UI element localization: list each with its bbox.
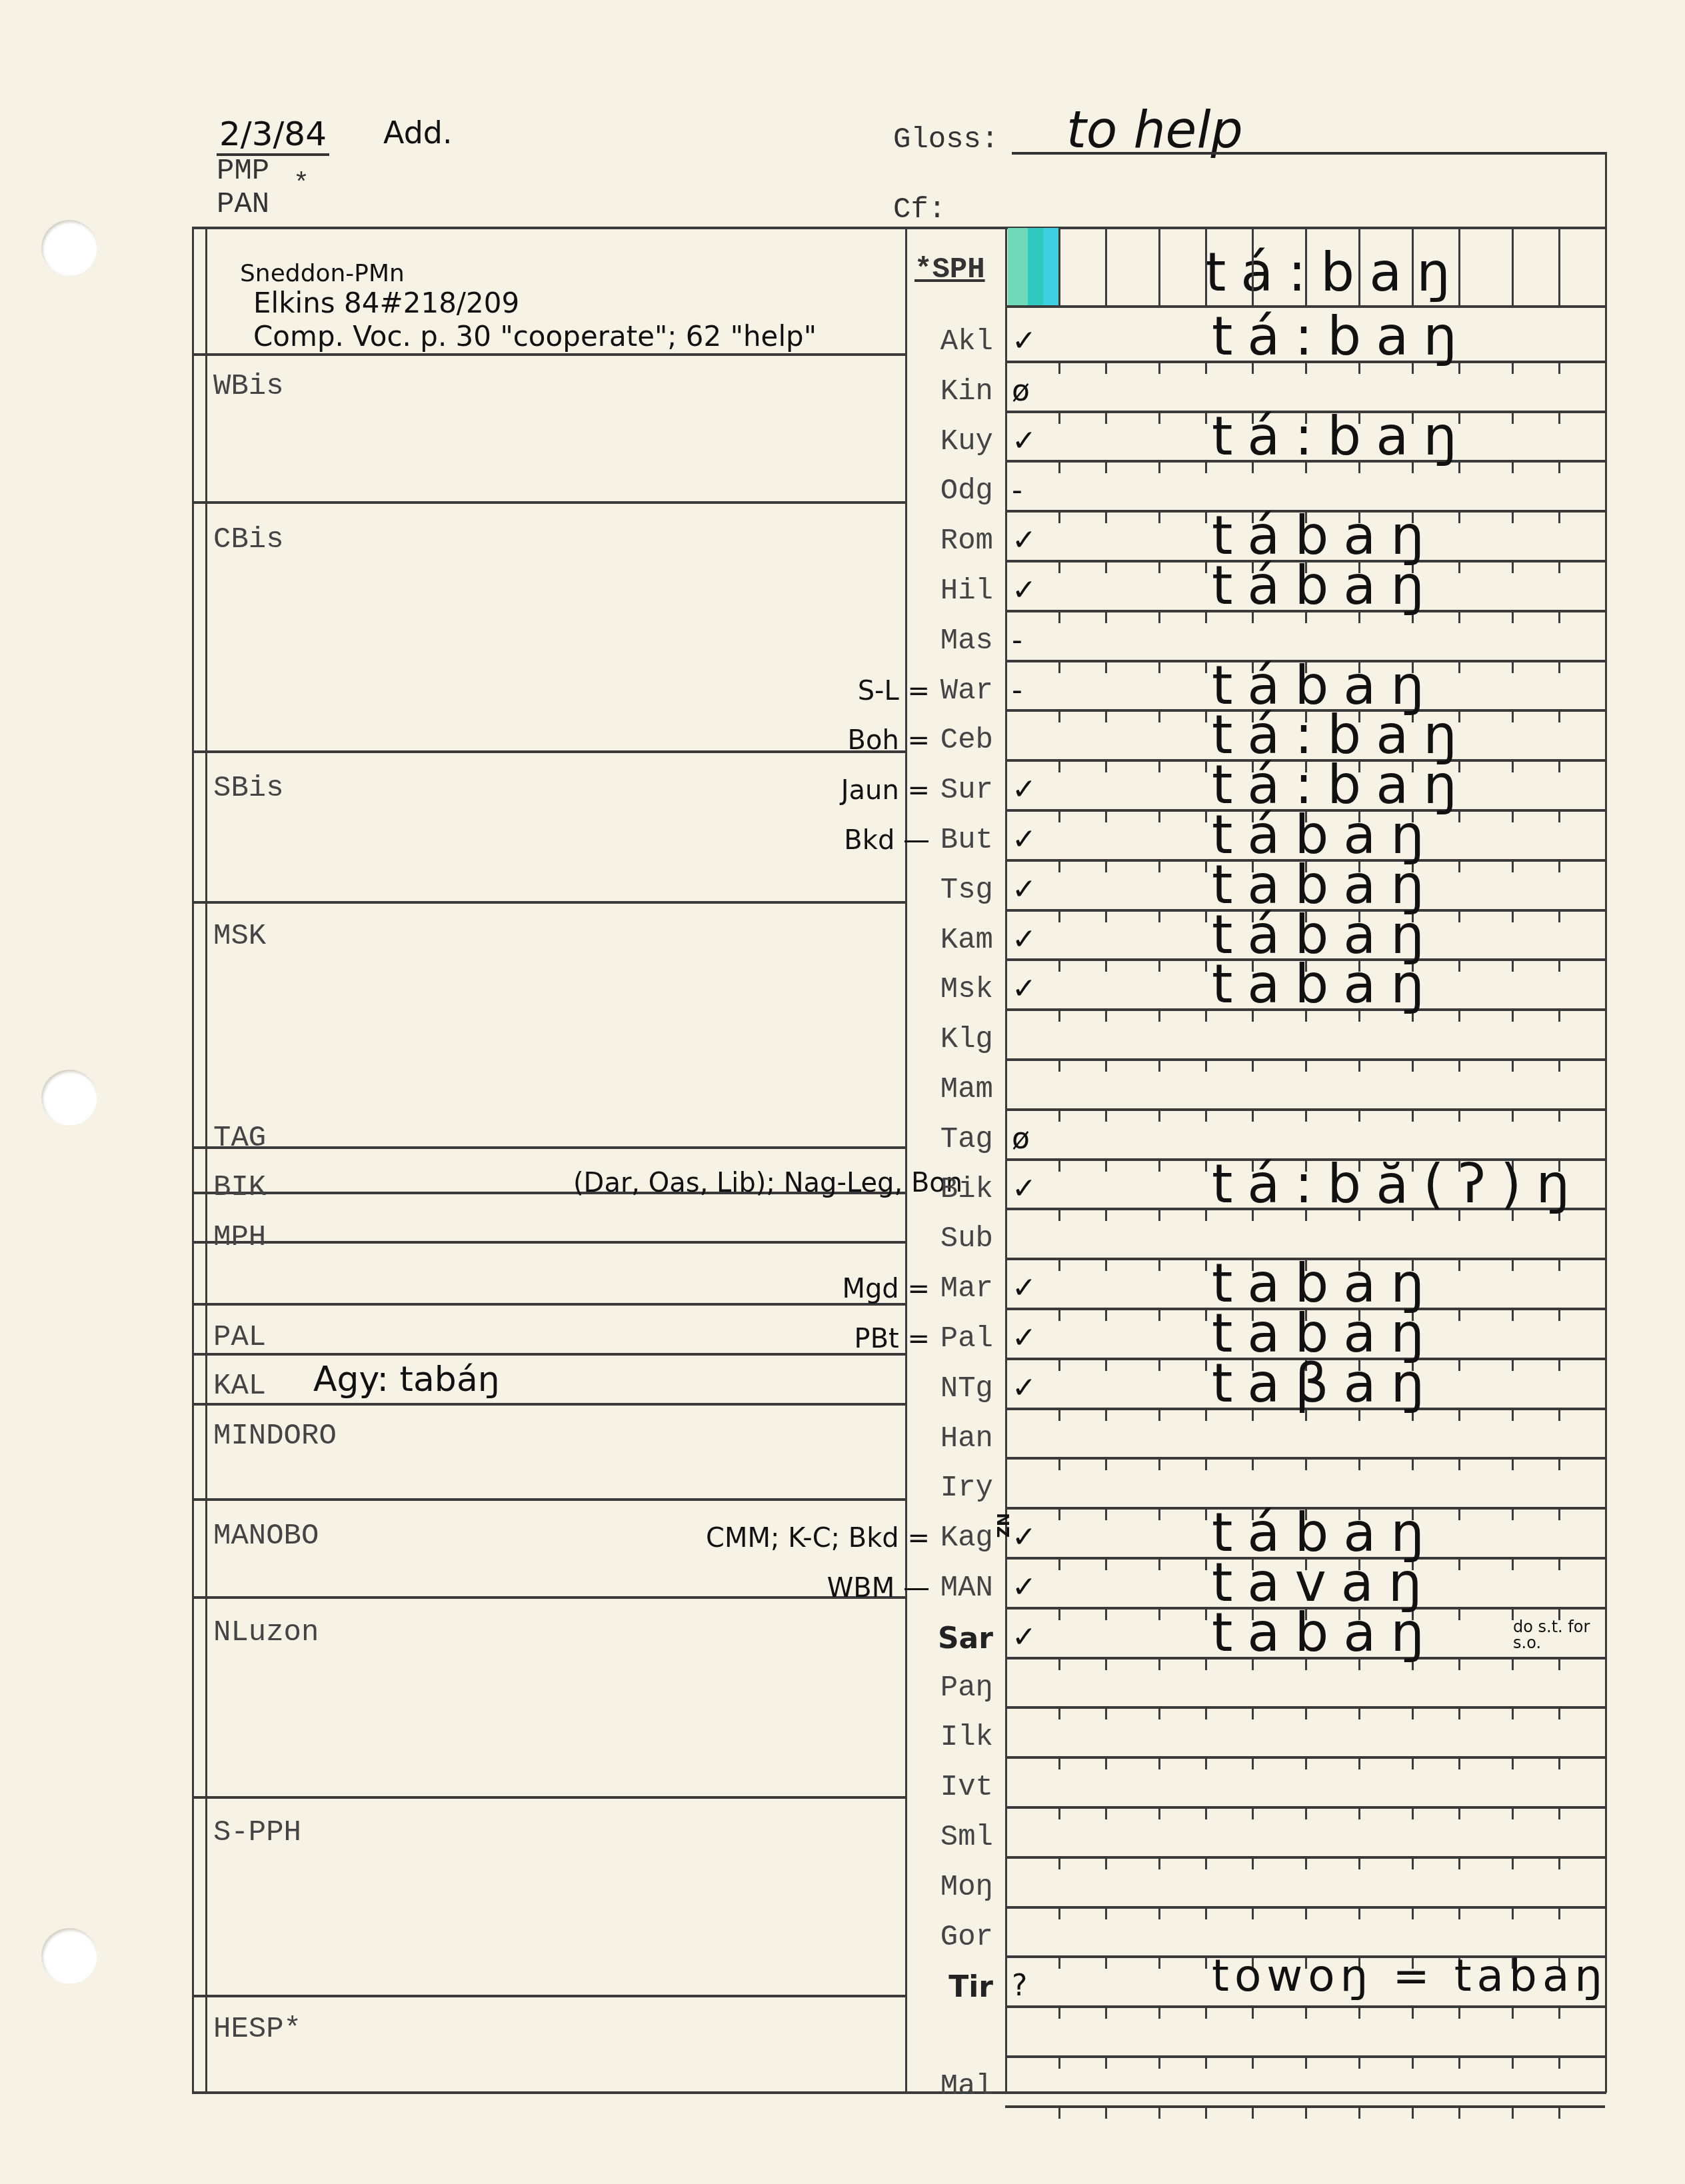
row-tick xyxy=(1205,661,1207,673)
row-tick xyxy=(1558,561,1560,573)
row-tick xyxy=(1158,960,1160,972)
language-code: Hil xyxy=(893,574,993,608)
row-tick xyxy=(1205,1508,1207,1520)
row-tick xyxy=(1252,1807,1254,1819)
row-tick xyxy=(1205,1359,1207,1371)
row-tick xyxy=(1558,2007,1560,2019)
row-tick xyxy=(1558,461,1560,473)
row-tick xyxy=(1458,661,1460,673)
row-tick xyxy=(1105,1409,1107,1421)
row-tick xyxy=(1058,710,1060,722)
region-label: MPH xyxy=(213,1221,266,1254)
row-tick xyxy=(1512,1757,1514,1769)
check-mark-icon: ✓ xyxy=(1012,972,1036,1006)
proto-cell-divider xyxy=(1512,228,1514,305)
language-code: NTg xyxy=(893,1372,993,1406)
row-tick xyxy=(1558,611,1560,623)
row-tick xyxy=(1158,1160,1160,1172)
row-tick xyxy=(1512,1707,1514,1719)
row-tick xyxy=(1558,1309,1560,1321)
proto-cell-divider xyxy=(1412,228,1414,305)
row-tick xyxy=(1058,1508,1060,1520)
proto-cell-divider xyxy=(1058,228,1060,305)
language-code: Mas xyxy=(893,624,993,658)
row-tick xyxy=(1458,1259,1460,1271)
region-divider xyxy=(192,1241,905,1244)
row-tick xyxy=(1558,1508,1560,1520)
row-tick xyxy=(1458,1359,1460,1371)
cross-reference: CMM; K-C; Bkd = xyxy=(706,1523,930,1554)
row-tick xyxy=(1058,1608,1060,1620)
row-tick xyxy=(1305,2107,1307,2119)
row-tick xyxy=(1105,1010,1107,1022)
row-tick xyxy=(1205,1807,1207,1819)
row-tick xyxy=(1105,1110,1107,1122)
row-tick xyxy=(1158,1209,1160,1221)
row-tick xyxy=(1105,760,1107,772)
row-tick xyxy=(1105,461,1107,473)
row-tick xyxy=(1305,1707,1307,1719)
language-code: Gor xyxy=(893,1921,993,1954)
language-superscript: NZ xyxy=(993,1513,1012,1538)
row-tick xyxy=(1205,412,1207,424)
check-mark-icon: ✓ xyxy=(1012,1520,1036,1554)
row-tick xyxy=(1512,1458,1514,1470)
row-tick xyxy=(1512,461,1514,473)
row-tick xyxy=(1058,1458,1060,1470)
row-tick xyxy=(1558,362,1560,374)
region-divider xyxy=(192,353,905,356)
row-tick xyxy=(1158,1359,1160,1371)
row-tick xyxy=(1512,362,1514,374)
date-note: Add. xyxy=(383,115,453,151)
reflex-form: tábaŋ xyxy=(1212,554,1439,616)
row-tick xyxy=(1458,1508,1460,1520)
check-mark-icon: ✓ xyxy=(1012,822,1036,856)
gloss-value[interactable]: to help xyxy=(1066,100,1243,159)
region-divider xyxy=(192,501,905,504)
row-tick xyxy=(1105,661,1107,673)
language-code: Bik xyxy=(893,1173,993,1206)
row-tick xyxy=(1058,860,1060,872)
check-mark-icon: ✓ xyxy=(1012,1172,1036,1206)
region-note: Agy: tabáŋ xyxy=(313,1360,500,1400)
row-tick xyxy=(1105,1707,1107,1719)
row-tick xyxy=(1512,1857,1514,1869)
row-tick xyxy=(1358,2107,1360,2119)
language-code: Kam xyxy=(893,924,993,957)
row-tick xyxy=(1558,960,1560,972)
row-tick xyxy=(1512,1010,1514,1022)
cross-reference: Mgd = xyxy=(842,1274,930,1304)
language-code: Sml xyxy=(893,1821,993,1854)
row-tick xyxy=(1558,1409,1560,1421)
row-tick xyxy=(1105,1957,1107,1969)
row-tick xyxy=(1205,1209,1207,1221)
row-tick xyxy=(1205,710,1207,722)
row-tick xyxy=(1252,2057,1254,2069)
row-tick xyxy=(1105,1608,1107,1620)
frame-left-inner xyxy=(205,227,207,2093)
frame-left-outer xyxy=(192,227,194,2093)
row-tick xyxy=(1412,2007,1414,2019)
row-tick xyxy=(1158,1807,1160,1819)
row-tick xyxy=(1412,1857,1414,1869)
row-tick xyxy=(1205,1259,1207,1271)
date: 2/3/84 xyxy=(217,115,329,156)
row-tick xyxy=(1158,760,1160,772)
row-tick xyxy=(1412,1757,1414,1769)
row-tick xyxy=(1305,1857,1307,1869)
check-mark-icon: ✓ xyxy=(1012,1570,1036,1604)
row-tick xyxy=(1158,910,1160,922)
region-label: KAL xyxy=(213,1370,266,1403)
language-code: Klg xyxy=(893,1023,993,1056)
row-tick xyxy=(1105,1259,1107,1271)
row-tick xyxy=(1512,1409,1514,1421)
row-tick xyxy=(1305,1757,1307,1769)
row-tick xyxy=(1458,2057,1460,2069)
reflex-form: tabaŋ xyxy=(1212,1602,1439,1663)
region-divider xyxy=(192,1796,905,1799)
row-tick xyxy=(1105,960,1107,972)
row-tick xyxy=(1412,1807,1414,1819)
cross-reference: Boh = xyxy=(848,725,930,756)
row-tick xyxy=(1158,810,1160,822)
language-code: Ilk xyxy=(893,1721,993,1754)
row-tick xyxy=(1412,1907,1414,1919)
language-code: Akl xyxy=(893,325,993,359)
row-tick xyxy=(1558,1907,1560,1919)
row-tick xyxy=(1158,710,1160,722)
row-tick xyxy=(1105,1907,1107,1919)
check-mark-icon: ✓ xyxy=(1012,772,1036,806)
row-tick xyxy=(1105,1060,1107,1072)
row-tick xyxy=(1058,1957,1060,1969)
row-tick xyxy=(1205,1558,1207,1570)
row-tick xyxy=(1058,1209,1060,1221)
row-tick xyxy=(1058,1857,1060,1869)
row-tick xyxy=(1158,2057,1160,2069)
proto-cell-divider xyxy=(1205,228,1207,305)
row-tick xyxy=(1558,910,1560,922)
row-tick xyxy=(1158,1608,1160,1620)
language-code: Odg xyxy=(893,475,993,508)
row-tick xyxy=(1252,1857,1254,1869)
row-tick xyxy=(1252,1907,1254,1919)
row-tick xyxy=(1358,2007,1360,2019)
check-mark-icon: ✓ xyxy=(1012,1620,1036,1654)
language-code: Tag xyxy=(893,1123,993,1156)
reflex-form: towoŋ = tabaŋ xyxy=(1212,1950,1608,2001)
row-tick xyxy=(1512,1907,1514,1919)
row-tick xyxy=(1512,860,1514,872)
highlighter-mark xyxy=(1008,228,1058,305)
row-tick xyxy=(1512,1807,1514,1819)
row-tick xyxy=(1205,1060,1207,1072)
check-mark-icon: ✓ xyxy=(1012,573,1036,607)
row-tick xyxy=(1558,710,1560,722)
language-code: Mam xyxy=(893,1073,993,1106)
row-tick xyxy=(1558,1757,1560,1769)
dash-mark-icon: - xyxy=(1012,623,1022,657)
region-label: WBis xyxy=(213,370,284,403)
check-mark-icon: ✓ xyxy=(1012,324,1036,358)
proto-label: *SPH xyxy=(914,253,985,287)
check-mark-icon: ✓ xyxy=(1012,1371,1036,1405)
row-tick xyxy=(1358,1707,1360,1719)
question-mark-icon: ? xyxy=(1012,1969,1027,2003)
row-tick xyxy=(1512,611,1514,623)
row-tick xyxy=(1412,1458,1414,1470)
row-tick xyxy=(1105,561,1107,573)
row-tick xyxy=(1158,1707,1160,1719)
row-tick xyxy=(1305,1110,1307,1122)
row-tick xyxy=(1305,2057,1307,2069)
row-tick xyxy=(1512,561,1514,573)
row-tick xyxy=(1512,710,1514,722)
row-tick xyxy=(1158,412,1160,424)
null-mark-icon: ø xyxy=(1012,374,1030,408)
row-tick xyxy=(1205,1707,1207,1719)
row-tick xyxy=(1205,1757,1207,1769)
row-tick xyxy=(1058,1259,1060,1271)
row-tick xyxy=(1252,2107,1254,2119)
row-tick xyxy=(1458,1608,1460,1620)
row-tick xyxy=(1058,1658,1060,1670)
row-tick xyxy=(1205,511,1207,523)
cross-reference: WBM — xyxy=(827,1573,930,1604)
region-divider xyxy=(192,1303,905,1306)
region-divider xyxy=(192,1146,905,1149)
proto-cell-divider xyxy=(1305,228,1307,305)
row-tick xyxy=(1205,1957,1207,1969)
row-tick xyxy=(1558,1110,1560,1122)
language-code: Paŋ xyxy=(893,1671,993,1705)
row-tick xyxy=(1458,2107,1460,2119)
language-code: Sub xyxy=(893,1222,993,1256)
row-tick xyxy=(1105,1508,1107,1520)
row-tick xyxy=(1105,1458,1107,1470)
cross-reference: S-L = xyxy=(858,676,930,706)
row-tick xyxy=(1512,1060,1514,1072)
row-tick xyxy=(1158,1558,1160,1570)
language-code: Iry xyxy=(893,1472,993,1505)
row-tick xyxy=(1358,1757,1360,1769)
row-tick xyxy=(1058,561,1060,573)
frame-right xyxy=(1605,152,1607,2093)
row-tick xyxy=(1558,2107,1560,2119)
row-tick xyxy=(1412,1110,1414,1122)
proto-form: tá:baŋ xyxy=(1205,241,1465,303)
check-mark-icon: ✓ xyxy=(1012,872,1036,906)
row-tick xyxy=(1512,910,1514,922)
row-tick xyxy=(1058,1110,1060,1122)
row-tick xyxy=(1458,1409,1460,1421)
row-tick xyxy=(1058,362,1060,374)
pan-label: PAN xyxy=(217,188,269,221)
region-label: SBis xyxy=(213,772,284,805)
row-tick xyxy=(1512,1259,1514,1271)
language-code: Tsg xyxy=(893,874,993,907)
row-tick xyxy=(1412,2107,1414,2119)
row-tick xyxy=(1058,1309,1060,1321)
row-tick xyxy=(1252,1707,1254,1719)
row-tick xyxy=(1252,1060,1254,1072)
row-tick xyxy=(1558,1259,1560,1271)
row-tick xyxy=(1158,362,1160,374)
row-tick xyxy=(1358,1907,1360,1919)
row-tick xyxy=(1058,1558,1060,1570)
region-label: TAG xyxy=(213,1122,266,1155)
row-tick xyxy=(1458,1757,1460,1769)
row-tick xyxy=(1158,611,1160,623)
row-tick xyxy=(1158,461,1160,473)
proto-cell-divider xyxy=(1105,228,1107,305)
row-tick xyxy=(1058,1757,1060,1769)
dash-mark-icon: - xyxy=(1012,673,1022,707)
row-tick xyxy=(1358,1807,1360,1819)
row-tick xyxy=(1205,2007,1207,2019)
row-tick xyxy=(1558,810,1560,822)
row-tick xyxy=(1205,611,1207,623)
row-tick xyxy=(1558,1807,1560,1819)
proto-cell-divider xyxy=(1358,228,1360,305)
row-tick xyxy=(1058,511,1060,523)
row-tick xyxy=(1158,1259,1160,1271)
row-tick xyxy=(1058,910,1060,922)
row-tick xyxy=(1058,810,1060,822)
row-tick xyxy=(1458,1110,1460,1122)
binder-hole-bottom xyxy=(41,1928,97,1984)
row-tick xyxy=(1058,2107,1060,2119)
check-mark-icon: ✓ xyxy=(1012,424,1036,458)
region-divider xyxy=(192,1596,905,1599)
language-code: Moŋ xyxy=(893,1871,993,1904)
row-tick xyxy=(1105,1757,1107,1769)
row-tick xyxy=(1158,661,1160,673)
row-tick xyxy=(1558,1359,1560,1371)
region-divider xyxy=(192,1403,905,1406)
proto-cell-divider xyxy=(1158,228,1160,305)
row-tick xyxy=(1058,1060,1060,1072)
region-divider xyxy=(192,750,905,753)
row-tick xyxy=(1058,412,1060,424)
row-tick xyxy=(1058,461,1060,473)
row-tick xyxy=(1205,2057,1207,2069)
row-tick xyxy=(1058,1160,1060,1172)
row-tick xyxy=(1158,1907,1160,1919)
row-tick xyxy=(1158,1458,1160,1470)
row-tick xyxy=(1058,960,1060,972)
reflex-note: do s.t. for s.o. xyxy=(1513,1619,1600,1651)
row-tick xyxy=(1158,1110,1160,1122)
row-tick xyxy=(1205,910,1207,922)
row-tick xyxy=(1252,1757,1254,1769)
region-divider xyxy=(192,1498,905,1501)
proto-cell-divider xyxy=(1558,228,1560,305)
row-tick xyxy=(1205,1409,1207,1421)
row-tick xyxy=(1358,1857,1360,1869)
row-tick xyxy=(1058,1807,1060,1819)
row-tick xyxy=(1205,561,1207,573)
row-tick xyxy=(1105,1558,1107,1570)
row-tick xyxy=(1558,860,1560,872)
row-tick xyxy=(1105,1807,1107,1819)
row-tick xyxy=(1458,1807,1460,1819)
row-tick xyxy=(1105,2107,1107,2119)
row-tick xyxy=(1512,1359,1514,1371)
check-mark-icon: ✓ xyxy=(1012,1271,1036,1305)
row-tick xyxy=(1558,1658,1560,1670)
row-tick xyxy=(1512,511,1514,523)
row-tick xyxy=(1458,1658,1460,1670)
row-tick xyxy=(1205,760,1207,772)
row-tick xyxy=(1205,810,1207,822)
proto-cell-divider xyxy=(1252,228,1254,305)
region-label: S-PPH xyxy=(213,1816,301,1849)
cross-reference: Jaun = xyxy=(841,775,930,806)
row-tick xyxy=(1358,1458,1360,1470)
row-tick xyxy=(1558,1060,1560,1072)
row-tick xyxy=(1205,1309,1207,1321)
row-tick xyxy=(1458,910,1460,922)
gloss-label: Gloss: xyxy=(893,123,998,157)
cross-reference: PBt = xyxy=(854,1324,930,1354)
binder-hole-top xyxy=(41,220,97,276)
row-tick xyxy=(1412,2057,1414,2069)
row-tick xyxy=(1558,1458,1560,1470)
language-code: Sar xyxy=(893,1622,993,1655)
row-tick xyxy=(1158,1060,1160,1072)
row-tick xyxy=(1205,1458,1207,1470)
row-tick xyxy=(1105,810,1107,822)
row-tick xyxy=(1105,910,1107,922)
note-comp-voc: Comp. Voc. p. 30 "cooperate"; 62 "help" xyxy=(253,320,817,353)
row-tick xyxy=(1158,1957,1160,1969)
row-tick xyxy=(1058,760,1060,772)
row-tick xyxy=(1458,2007,1460,2019)
proto-cell-divider xyxy=(1458,228,1460,305)
row-tick xyxy=(1458,860,1460,872)
row-tick xyxy=(1105,611,1107,623)
binder-hole-middle xyxy=(41,1070,97,1126)
region-label: CBis xyxy=(213,523,284,556)
row-tick xyxy=(1458,1010,1460,1022)
language-code: Kuy xyxy=(893,425,993,459)
row-tick xyxy=(1205,2107,1207,2119)
note-elkins: Elkins 84#218/209 xyxy=(253,287,519,319)
row-tick xyxy=(1512,1658,1514,1670)
row-tick xyxy=(1458,561,1460,573)
row-tick xyxy=(1458,1707,1460,1719)
row-tick xyxy=(1205,1658,1207,1670)
row-tick xyxy=(1205,860,1207,872)
language-code: Msk xyxy=(893,973,993,1006)
row-tick xyxy=(1058,611,1060,623)
row-tick xyxy=(1105,1359,1107,1371)
row-tick xyxy=(1512,810,1514,822)
row-tick xyxy=(1458,1309,1460,1321)
row-tick xyxy=(1058,1010,1060,1022)
row-tick xyxy=(1105,2007,1107,2019)
row-tick xyxy=(1158,1409,1160,1421)
language-code: Ivt xyxy=(893,1771,993,1804)
row-tick xyxy=(1458,1907,1460,1919)
row-tick xyxy=(1252,2007,1254,2019)
row-tick xyxy=(1205,1608,1207,1620)
row-tick xyxy=(1105,860,1107,872)
